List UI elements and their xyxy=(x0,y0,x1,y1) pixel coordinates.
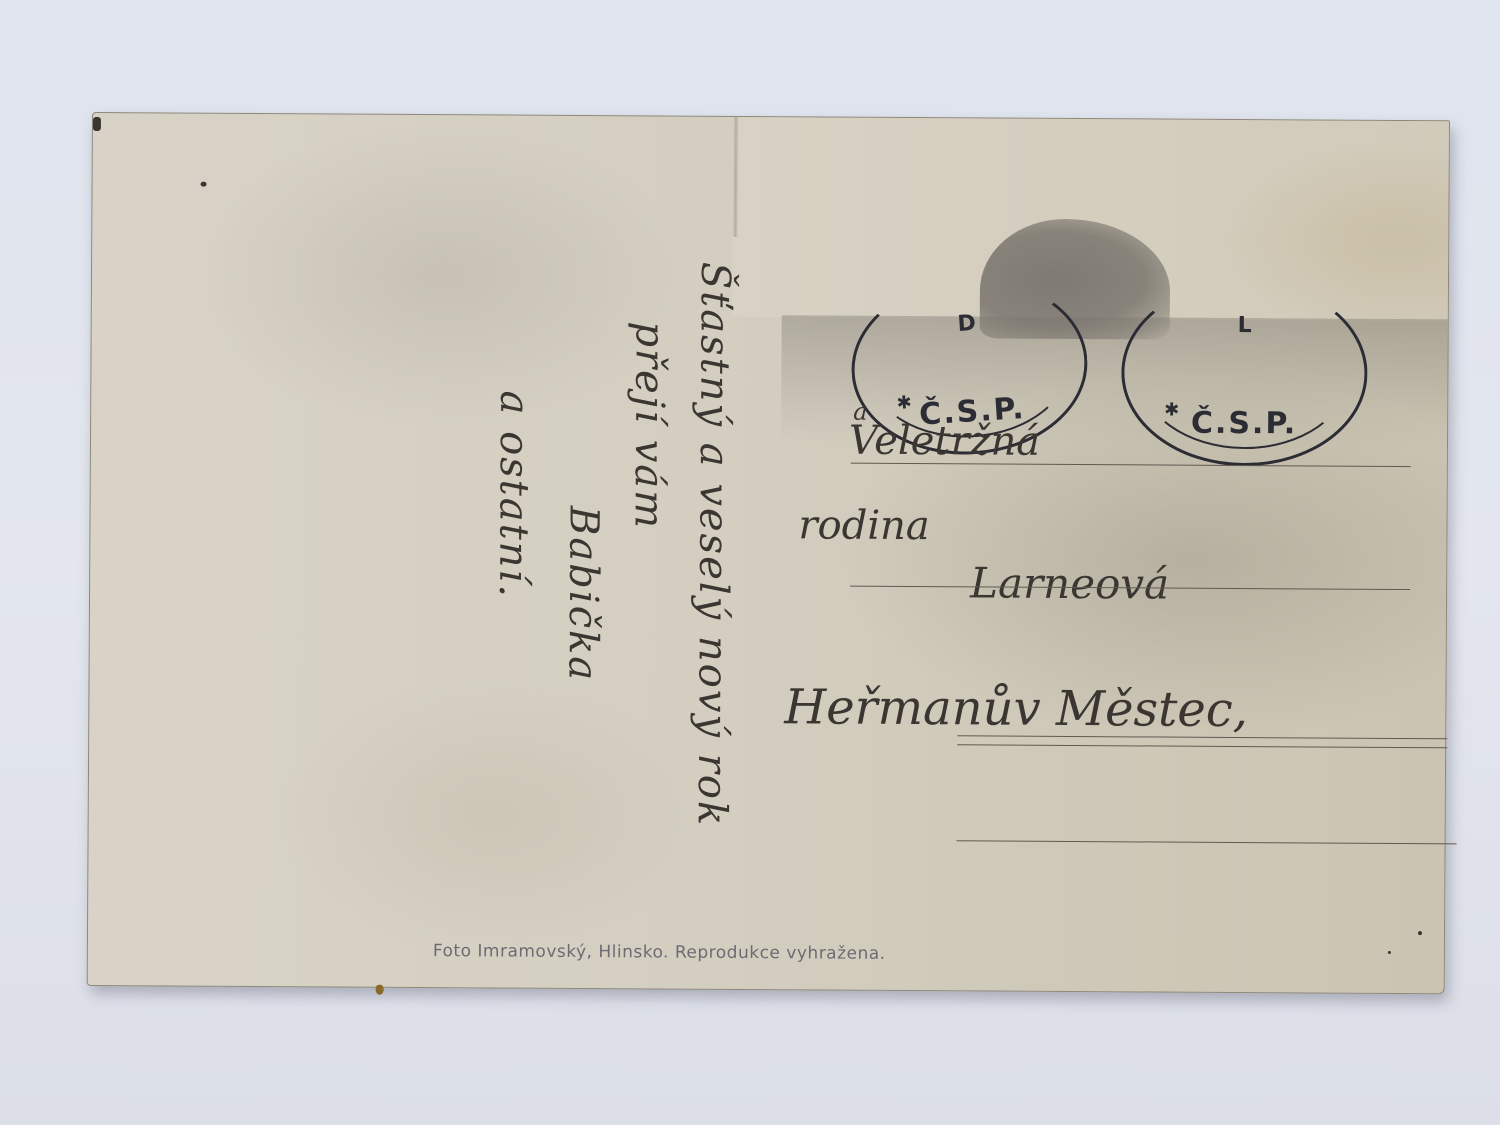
address-line-4: Heřmanův Městec, xyxy=(784,679,1248,738)
crease xyxy=(732,117,739,237)
address-rule xyxy=(957,744,1447,748)
message-line-4: a ostatní. xyxy=(490,390,537,599)
paper-debris xyxy=(376,985,384,995)
postmark-letter: L xyxy=(1125,312,1365,338)
speck xyxy=(1388,951,1391,954)
postmark-right: L ✱ Č.S.P. xyxy=(1121,279,1368,466)
address-line-1: Veletržná xyxy=(849,418,1041,465)
address-line-3: Larneová xyxy=(970,558,1169,608)
address-line-2: rodina xyxy=(798,502,929,549)
corner-wear xyxy=(93,117,101,131)
publisher-imprint: Foto Imramovský, Hlinsko. Reprodukce vyh… xyxy=(433,941,886,964)
postcard-back: D ✱ Č.S.P. L ✱ Č.S.P. Šťastný a veselý n… xyxy=(87,112,1450,994)
address-rule xyxy=(957,840,1457,844)
message-line-2: přejí vám xyxy=(625,321,672,530)
address-rule xyxy=(957,735,1447,739)
address-rule xyxy=(851,463,1411,467)
postmark-label: Č.S.P. xyxy=(1124,405,1364,441)
message-line-1: Šťastný a veselý nový rok xyxy=(689,262,738,828)
message-line-3: Babička xyxy=(560,506,607,682)
speck xyxy=(1418,931,1422,935)
speck xyxy=(201,182,207,187)
